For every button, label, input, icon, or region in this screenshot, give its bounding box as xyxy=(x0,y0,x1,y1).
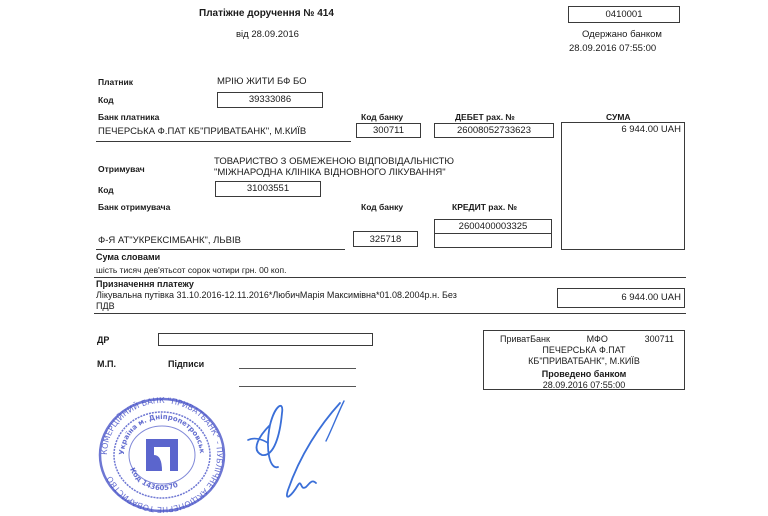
document-title: Платіжне доручення № 414 xyxy=(199,8,334,19)
purpose-amount: 6 944.00 UAH xyxy=(621,292,681,303)
recipient-label: Отримувач xyxy=(98,164,145,174)
bank-stamp-branch-line2: КБ"ПРИВАТБАНК", М.КИЇВ xyxy=(484,356,684,367)
signature-line-1 xyxy=(239,368,356,369)
credit-label: КРЕДИТ рах. № xyxy=(452,202,517,212)
bank-seal-icon: КОМЕРЦІЙНИЙ БАНК "ПРИВАТБАНК" - ПУБЛІЧНЕ… xyxy=(92,393,232,513)
credit-account-extra-box xyxy=(434,233,552,248)
payer-label: Платник xyxy=(98,77,133,87)
document-date: від 28.09.2016 xyxy=(236,29,299,40)
payer-code-label: Код xyxy=(98,95,114,105)
recipient-name-line1: ТОВАРИСТВО З ОБМЕЖЕНОЮ ВІДПОВІДАЛЬНІСТЮ xyxy=(214,156,454,167)
payer-bank: ПЕЧЕРСЬКА Ф.ПАТ КБ"ПРИВАТБАНК", М.КИЇВ xyxy=(98,126,306,137)
signatures-label: Підписи xyxy=(168,359,204,369)
amount-label: СУМА xyxy=(606,112,631,122)
payer-code: 39333086 xyxy=(249,94,291,105)
recipient-bank-code-box: 325718 xyxy=(353,231,418,247)
debit-label: ДЕБЕТ рах. № xyxy=(455,112,515,122)
recipient-bank-underline xyxy=(96,249,345,250)
recipient-code-box: 31003551 xyxy=(215,181,321,197)
debit-account-box: 26008052733623 xyxy=(434,123,554,138)
bank-stamp-name: ПриватБанк xyxy=(500,334,550,345)
credit-account-box: 2600400003325 xyxy=(434,219,552,234)
recipient-bank: Ф-Я АТ"УКРЕКСІМБАНК", ЛЬВІВ xyxy=(98,235,241,246)
recipient-code: 31003551 xyxy=(247,183,289,194)
form-code: 0410001 xyxy=(606,9,643,20)
signature-line-2 xyxy=(239,386,356,387)
recipient-bank-label: Банк отримувача xyxy=(98,202,170,212)
dr-label: ДР xyxy=(97,335,109,345)
bank-stamp-mfo-label: МФО xyxy=(587,334,608,345)
bank-processed-stamp: ПриватБанк МФО 300711 ПЕЧЕРСЬКА Ф.ПАТ КБ… xyxy=(483,330,685,390)
recipient-code-label: Код xyxy=(98,185,114,195)
bank-stamp-processed-label: Проведено банком xyxy=(484,369,684,380)
purpose-label: Призначення платежу xyxy=(96,279,194,289)
purpose-underline xyxy=(94,313,686,314)
payer-bank-code-box: 300711 xyxy=(356,123,421,138)
payer-bank-underline xyxy=(96,141,351,142)
amount-value: 6 944.00 UAH xyxy=(621,124,681,135)
bank-stamp-mfo: 300711 xyxy=(645,334,674,345)
received-datetime: 28.09.2016 07:55:00 xyxy=(569,43,656,54)
signature-icon xyxy=(240,395,350,510)
bank-stamp-header: ПриватБанк МФО 300711 xyxy=(484,334,684,345)
sum-words-value: шість тисяч дев'ятьсот сорок чотири грн.… xyxy=(96,265,286,275)
sum-words-underline xyxy=(94,277,686,278)
payer-bank-label: Банк платника xyxy=(98,112,159,122)
purpose-line2: ПДВ xyxy=(96,301,115,311)
recipient-bank-code: 325718 xyxy=(370,234,402,245)
debit-account: 26008052733623 xyxy=(457,125,531,136)
dr-field xyxy=(158,333,373,346)
credit-account: 2600400003325 xyxy=(459,221,528,232)
recipient-name-line2: "МІЖНАРОДНА КЛІНІКА ВІДНОВНОГО ЛІКУВАННЯ… xyxy=(214,167,446,178)
recipient-bank-code-label: Код банку xyxy=(361,202,403,212)
mp-label: М.П. xyxy=(97,359,116,369)
payer-bank-code: 300711 xyxy=(373,125,404,136)
payer-bank-code-label: Код банку xyxy=(361,112,403,122)
purpose-amount-box: 6 944.00 UAH xyxy=(557,288,685,308)
sum-words-label: Сума словами xyxy=(96,252,160,262)
purpose-line1: Лікувальна путівка 31.10.2016-12.11.2016… xyxy=(96,290,457,300)
received-label: Одержано банком xyxy=(582,29,662,40)
payer-name: МРІЮ ЖИТИ БФ БО xyxy=(217,76,307,87)
payer-code-box: 39333086 xyxy=(217,92,323,108)
bank-stamp-branch-line1: ПЕЧЕРСЬКА Ф.ПАТ xyxy=(484,345,684,356)
bank-stamp-processed-datetime: 28.09.2016 07:55:00 xyxy=(484,380,684,391)
form-code-box: 0410001 xyxy=(568,6,680,23)
amount-box: 6 944.00 UAH xyxy=(561,122,685,250)
